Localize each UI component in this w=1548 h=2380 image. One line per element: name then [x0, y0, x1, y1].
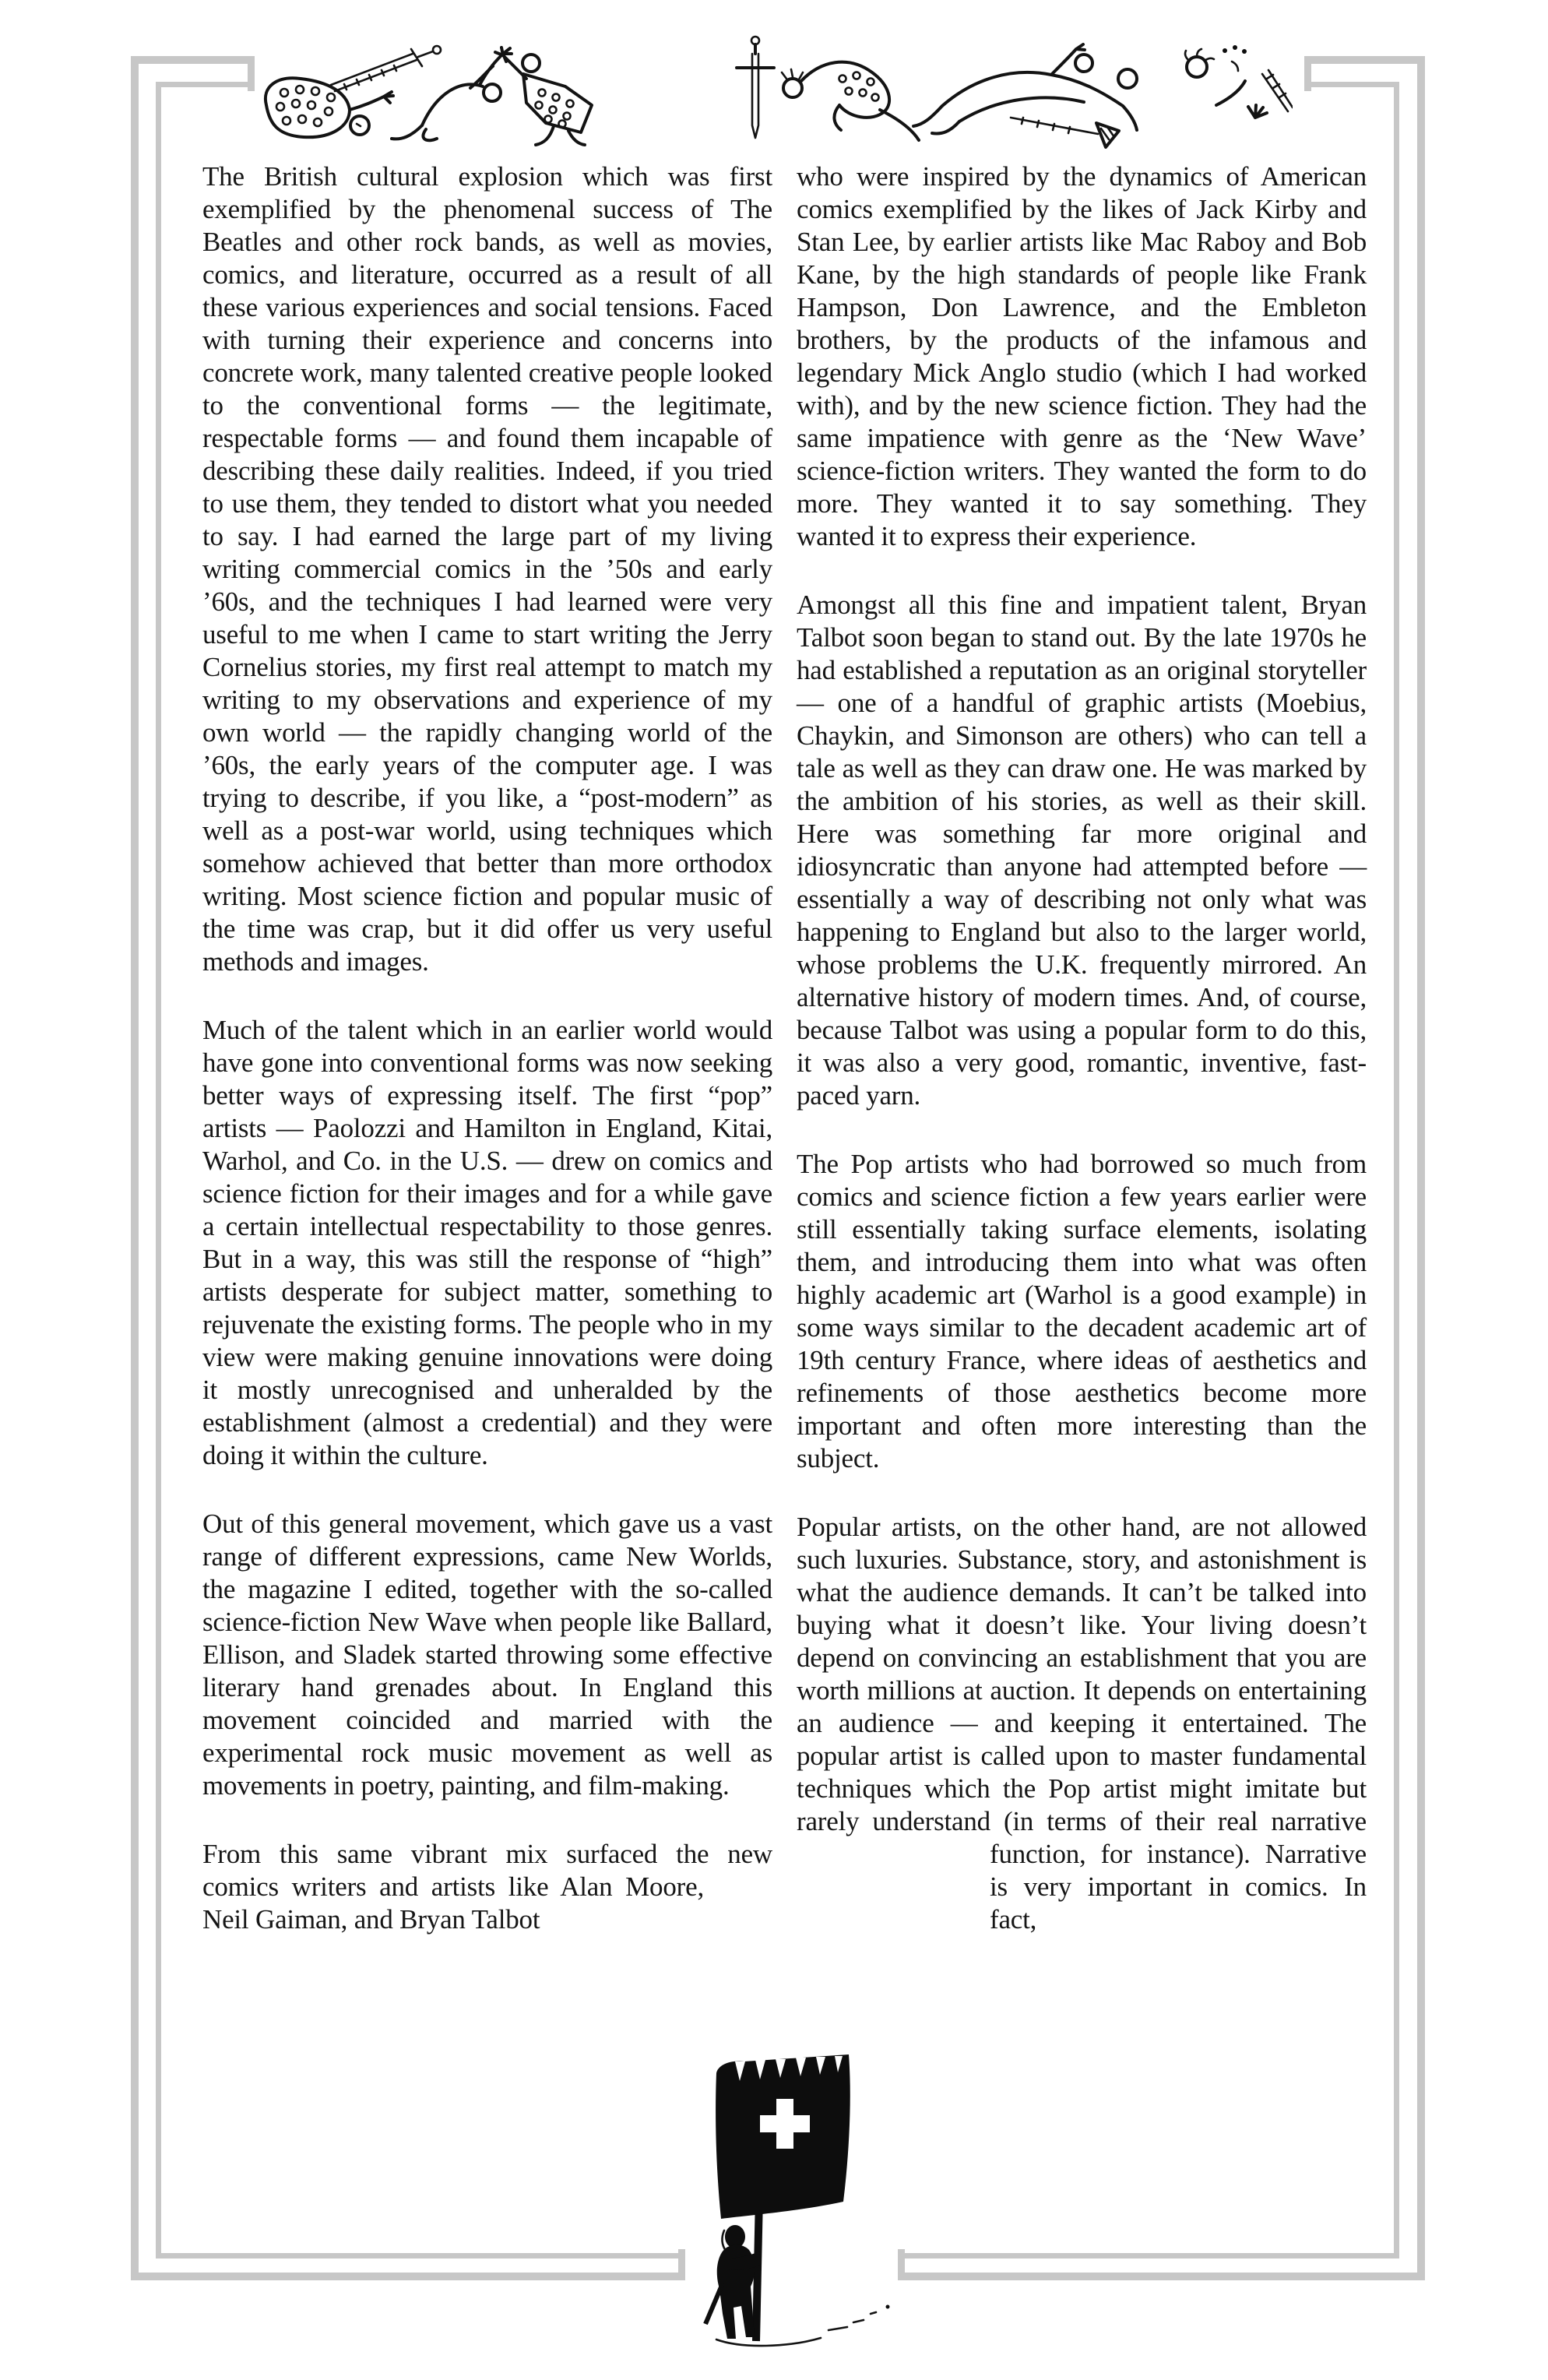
paragraph: function, for instance). Narrative is ve…	[990, 1838, 1367, 1936]
border-segment	[1311, 82, 1399, 87]
border-segment	[156, 2253, 678, 2259]
border-segment	[905, 2253, 1399, 2259]
paragraph: comics writers and artists like Alan Moo…	[202, 1871, 704, 1936]
border-segment	[1311, 56, 1425, 64]
paragraph: The British cultural explosion which was…	[202, 160, 772, 978]
border-segment	[156, 82, 248, 87]
sword-icon	[331, 46, 441, 91]
paragraph-list: The British cultural explosion which was…	[202, 160, 772, 1802]
book-page: The British cultural explosion which was…	[0, 0, 1548, 2380]
mailed-warrior-icon	[495, 48, 592, 145]
standard-bearer-figure	[705, 2225, 762, 2339]
paragraph: Much of the talent which in an earlier w…	[202, 1014, 772, 1472]
border-segment	[131, 56, 139, 2280]
axe-icon	[1011, 118, 1119, 147]
paragraph: Out of this general movement, which gave…	[202, 1508, 772, 1802]
tumbling-soldier-icon	[782, 62, 919, 140]
paragraph: who were inspired by the dynamics of Ame…	[797, 160, 1367, 553]
standard-bearer-illustration	[684, 2048, 925, 2360]
border-end-cap	[248, 56, 255, 91]
cross-banner-icon	[716, 2054, 850, 2219]
border-segment	[1417, 56, 1425, 2280]
paragraph: Popular artists, on the other hand, are …	[797, 1511, 1367, 1838]
border-segment	[131, 2273, 678, 2280]
paragraph: From this same vibrant mix surfaced the …	[202, 1838, 772, 1871]
paragraph: The Pop artists who had borrowed so much…	[797, 1148, 1367, 1475]
text-column-left: The British cultural explosion which was…	[202, 160, 772, 1936]
border-end-cap	[1304, 56, 1311, 91]
paragraph-list: who were inspired by the dynamics of Ame…	[797, 160, 1367, 1475]
sword-icon	[737, 37, 774, 138]
border-segment	[905, 2273, 1425, 2280]
fallen-head-and-hand-icon	[1185, 45, 1293, 118]
border-segment	[156, 82, 161, 2259]
fallen-soldier-icon	[266, 78, 393, 137]
battle-frieze-illustration	[257, 28, 1293, 150]
border-segment	[1394, 82, 1399, 2259]
border-segment	[131, 56, 248, 64]
text-column-right: who were inspired by the dynamics of Ame…	[797, 160, 1367, 1936]
paragraph: Amongst all this fine and impatient tale…	[797, 589, 1367, 1112]
